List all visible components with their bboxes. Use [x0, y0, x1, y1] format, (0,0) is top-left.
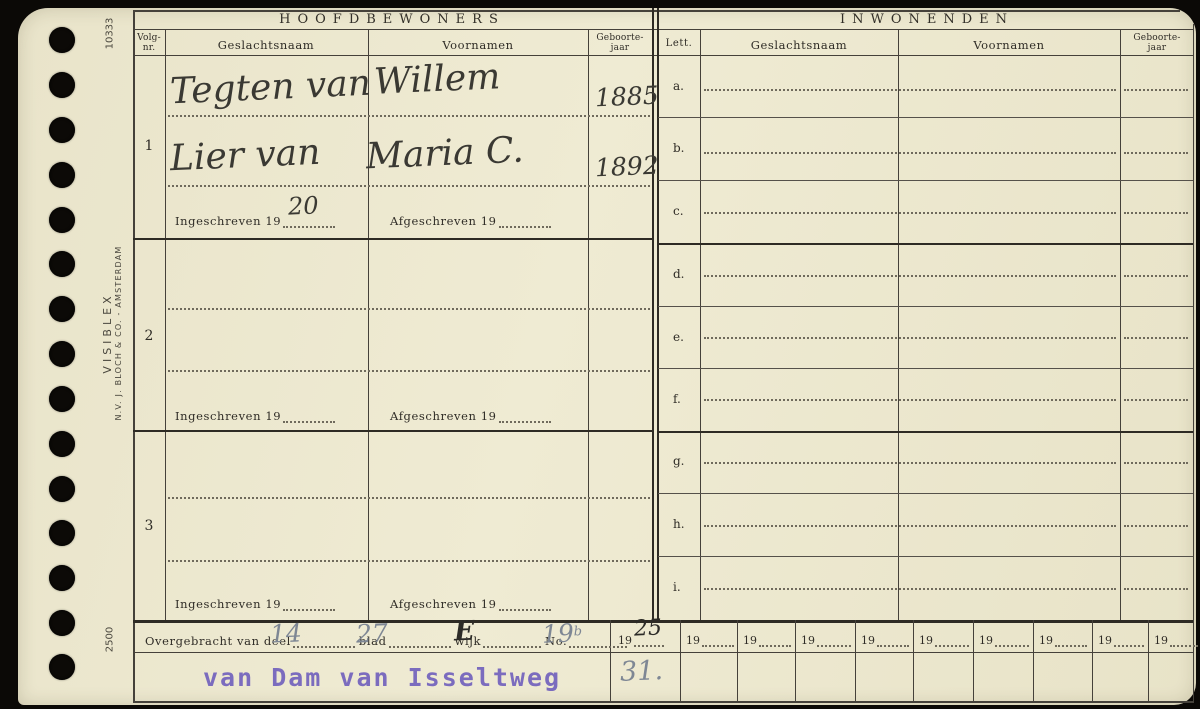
writing-line [1124, 588, 1188, 590]
ingeschreven-label-row3: Ingeschreven 19 [175, 597, 335, 611]
bottom-cell-line [737, 620, 738, 701]
bottom-rows-separator [133, 652, 1193, 653]
table-right-border [1193, 24, 1194, 703]
right-geslachtsnaam-header: Geslachtsnaam [751, 38, 848, 52]
year-cell: 19 [1039, 634, 1087, 647]
handwritten-year-25: 25 [634, 617, 663, 640]
writing-line [1124, 525, 1188, 527]
right-row-separator [658, 556, 1193, 557]
lett-g: g. [673, 454, 685, 468]
right-row-separator [658, 306, 1193, 307]
writing-line [1124, 89, 1188, 91]
handwritten-blad: 27 [355, 620, 388, 646]
lett-i: i. [673, 580, 681, 594]
punch-hole [49, 207, 75, 233]
year-cell: 19 [979, 634, 1029, 647]
lett-b: b. [673, 141, 685, 155]
punch-hole [49, 386, 75, 412]
punch-hole [49, 162, 75, 188]
right-row-separator-thick [658, 243, 1193, 245]
right-voornamen-header: Voornamen [973, 38, 1044, 52]
year-cell: 19 [743, 634, 791, 647]
ingeschreven-label-row2: Ingeschreven 19 [175, 409, 335, 423]
punch-hole [49, 476, 75, 502]
punch-hole [49, 431, 75, 457]
bottom-cell-line [1148, 620, 1149, 701]
lett-f: f. [673, 392, 681, 406]
left-geslachtsnaam-header: Geslachtsnaam [218, 38, 315, 52]
writing-line [704, 152, 1116, 154]
bottom-cell-line [680, 620, 681, 701]
handwritten-ingeschreven-year: 20 [287, 193, 319, 218]
left-voornamen-header: Voornamen [442, 38, 513, 52]
writing-line [704, 212, 1116, 214]
afgeschreven-label-row3: Afgeschreven 19 [390, 597, 551, 611]
writing-line [1124, 399, 1188, 401]
street-name-stamp: van Dam van Isseltweg [203, 663, 561, 692]
brand-name: VISIBLEX [101, 211, 114, 455]
handwritten-no: 19b [541, 620, 582, 647]
punch-hole [49, 654, 75, 680]
writing-line [168, 560, 650, 562]
manufacturer-name: N.V. J. BLOCH & CO. - AMSTERDAM [114, 211, 123, 455]
writing-line [1124, 152, 1188, 154]
right-row-separator [658, 493, 1193, 494]
bottom-cell-line [1092, 620, 1093, 701]
volgnr-column-header: Volg- nr. [137, 33, 161, 53]
writing-line [168, 370, 650, 372]
table-left-border [133, 10, 135, 703]
year-cell: 19 [1154, 634, 1198, 647]
printer-imprint: VISIBLEX N.V. J. BLOCH & CO. - AMSTERDAM [101, 211, 123, 455]
punch-hole [49, 565, 75, 591]
hoofdbewoners-title: HOOFDBEWONERS [279, 12, 505, 27]
handwritten-firstname-1: Willem [373, 59, 501, 100]
card-serial-number: 10333 [105, 14, 116, 54]
year-cell: 19 [1098, 634, 1144, 647]
lett-h: h. [673, 517, 685, 531]
right-row-separator [658, 180, 1193, 181]
year-cell: 19 [801, 634, 851, 647]
bottom-cell-line [610, 620, 611, 701]
handwritten-wijk: E [453, 618, 475, 646]
writing-line [168, 185, 650, 187]
punch-hole [49, 341, 75, 367]
writing-line [168, 308, 650, 310]
punch-hole [49, 117, 75, 143]
right-row-separator [658, 117, 1193, 118]
left-year-column-line [588, 29, 589, 620]
punch-hole [49, 520, 75, 546]
afgeschreven-label-row1: Afgeschreven 19 [390, 214, 551, 228]
handwritten-surname-1: Tegten van [169, 66, 371, 111]
register-card: 10333 VISIBLEX N.V. J. BLOCH & CO. - AMS… [18, 8, 1196, 705]
right-geboortejaar-header: Geboorte- jaar [1133, 33, 1180, 53]
lett-column-header: Lett. [666, 38, 693, 49]
left-row1-separator [133, 238, 652, 240]
bottom-cell-line [973, 620, 974, 701]
writing-line [1124, 212, 1188, 214]
bottom-cell-line [1033, 620, 1034, 701]
writing-line [704, 337, 1116, 339]
writing-line [1124, 337, 1188, 339]
title-band-line [133, 29, 1193, 30]
punch-hole [49, 296, 75, 322]
writing-line [704, 89, 1116, 91]
year-cell: 19 [861, 634, 909, 647]
bottom-cell-line [795, 620, 796, 701]
year-cell: 19 [919, 634, 969, 647]
writing-line [168, 497, 650, 499]
writing-line [704, 399, 1116, 401]
header-band-line [133, 55, 1193, 56]
table-bottom-border [133, 701, 1193, 703]
punch-hole [49, 72, 75, 98]
lett-d: d. [673, 267, 685, 281]
lett-c: c. [673, 204, 684, 218]
left-geboortejaar-header: Geboorte- jaar [596, 33, 643, 53]
inwonenden-title: INWONENDEN [840, 12, 1014, 27]
punch-hole [49, 610, 75, 636]
bottom-cell-line [913, 620, 914, 701]
handwritten-deel: 14 [269, 620, 302, 646]
handwritten-house-number: 31. [619, 657, 663, 686]
writing-line [168, 115, 650, 117]
print-run-number: 2500 [105, 620, 116, 660]
scanned-register-card-page: { "edge": { "serial": "10333", "print_ru… [0, 0, 1200, 709]
handwritten-surname-2: Lier van [169, 135, 321, 178]
volgnr-column-line [165, 29, 166, 620]
handwritten-firstname-2: Maria C. [365, 133, 524, 176]
writing-line [1124, 462, 1188, 464]
handwritten-birthyear-2: 1892 [594, 153, 659, 181]
lett-e: e. [673, 330, 684, 344]
punch-hole [49, 251, 75, 277]
right-row-separator-thick [658, 431, 1193, 433]
writing-line [704, 275, 1116, 277]
left-name-column-line [368, 29, 369, 620]
writing-line [704, 525, 1116, 527]
punch-hole [49, 27, 75, 53]
handwritten-birthyear-1: 1885 [594, 83, 659, 111]
bottom-cell-line [855, 620, 856, 701]
left-row2-separator [133, 430, 652, 432]
writing-line [704, 462, 1116, 464]
right-row-separator [658, 368, 1193, 369]
writing-line [704, 588, 1116, 590]
year-cell: 19 [686, 634, 734, 647]
afgeschreven-label-row2: Afgeschreven 19 [390, 409, 551, 423]
writing-line [1124, 275, 1188, 277]
volgnr-3: 3 [145, 518, 154, 534]
volgnr-1: 1 [145, 138, 154, 154]
volgnr-2: 2 [145, 328, 154, 344]
lett-a: a. [673, 79, 684, 93]
